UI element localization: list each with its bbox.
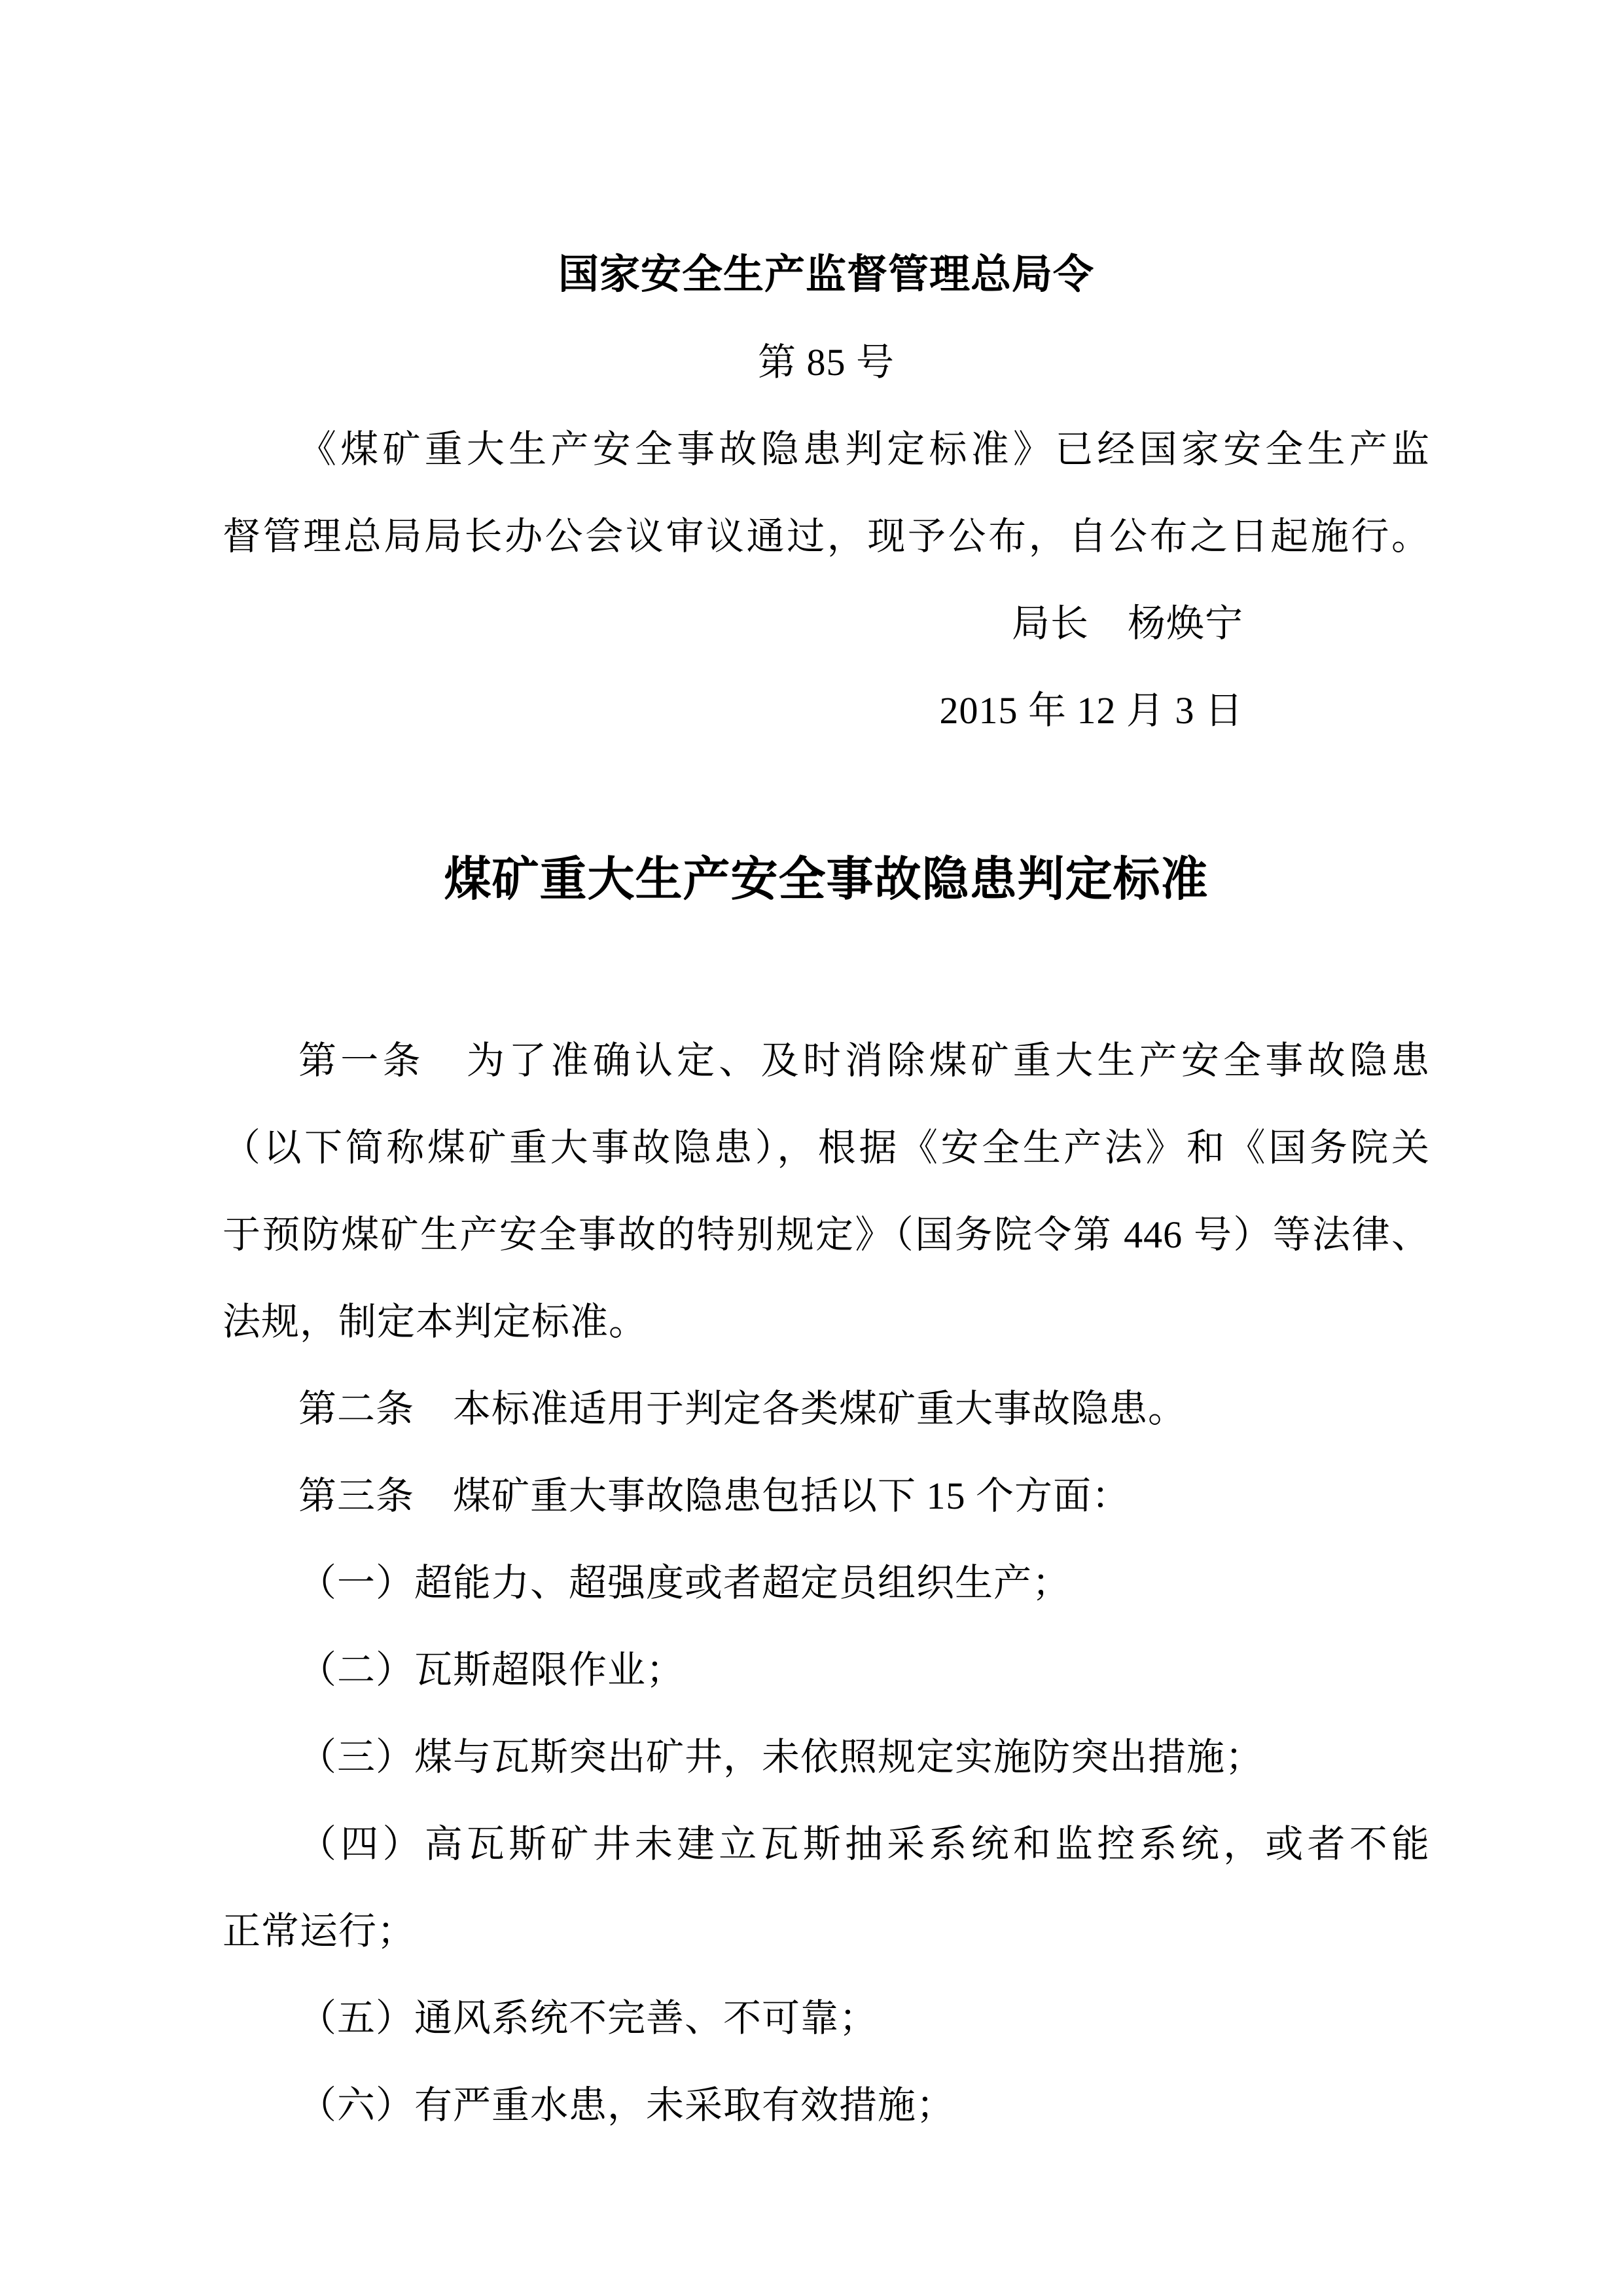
item-5-line: （五）通风系统不完善、不可靠； xyxy=(223,1975,1430,2062)
item-2-line: （二）瓦斯超限作业； xyxy=(223,1626,1430,1713)
decree-date: 2015 年 12 月 3 日 xyxy=(223,667,1430,754)
decree-number: 第 85 号 xyxy=(223,319,1430,406)
article1-line-4: 法规，制定本判定标准。 xyxy=(223,1278,1430,1365)
item-4-line-1: （四）高瓦斯矿井未建立瓦斯抽采系统和监控系统，或者不能 xyxy=(223,1801,1430,1888)
decree-title: 国家安全生产监督管理总局令 xyxy=(223,232,1430,319)
article1-line-2: （以下简称煤矿重大事故隐患），根据《安全生产法》和《国务院关 xyxy=(223,1104,1430,1191)
article3-line: 第三条 煤矿重大事故隐患包括以下 15 个方面： xyxy=(223,1452,1430,1539)
document-content: 国家安全生产监督管理总局令 第 85 号 《煤矿重大生产安全事故隐患判定标准》已… xyxy=(0,0,1623,2149)
document-page: 国家安全生产监督管理总局令 第 85 号 《煤矿重大生产安全事故隐患判定标准》已… xyxy=(0,0,1623,2296)
article1-line-3: 于预防煤矿生产安全事故的特别规定》（国务院令第 446 号）等法律、 xyxy=(223,1191,1430,1278)
item-1-line: （一）超能力、超强度或者超定员组织生产； xyxy=(223,1539,1430,1626)
item-6-line: （六）有严重水患，未采取有效措施； xyxy=(223,2062,1430,2149)
article1-line-1: 第一条 为了准确认定、及时消除煤矿重大生产安全事故隐患 xyxy=(223,1017,1430,1104)
article2-line: 第二条 本标准适用于判定各类煤矿重大事故隐患。 xyxy=(223,1365,1430,1452)
item-4-line-2: 正常运行； xyxy=(223,1888,1430,1975)
announcement-line-1: 《煤矿重大生产安全事故隐患判定标准》已经国家安全生产监 xyxy=(223,406,1430,493)
signer-name: 局长 杨焕宁 xyxy=(223,580,1430,667)
standard-title: 煤矿重大生产安全事故隐患判定标准 xyxy=(223,831,1430,929)
item-3-line: （三）煤与瓦斯突出矿井，未依照规定实施防突出措施； xyxy=(223,1713,1430,1801)
announcement-line-2: 督管理总局局长办公会议审议通过，现予公布，自公布之日起施行。 xyxy=(223,493,1430,580)
